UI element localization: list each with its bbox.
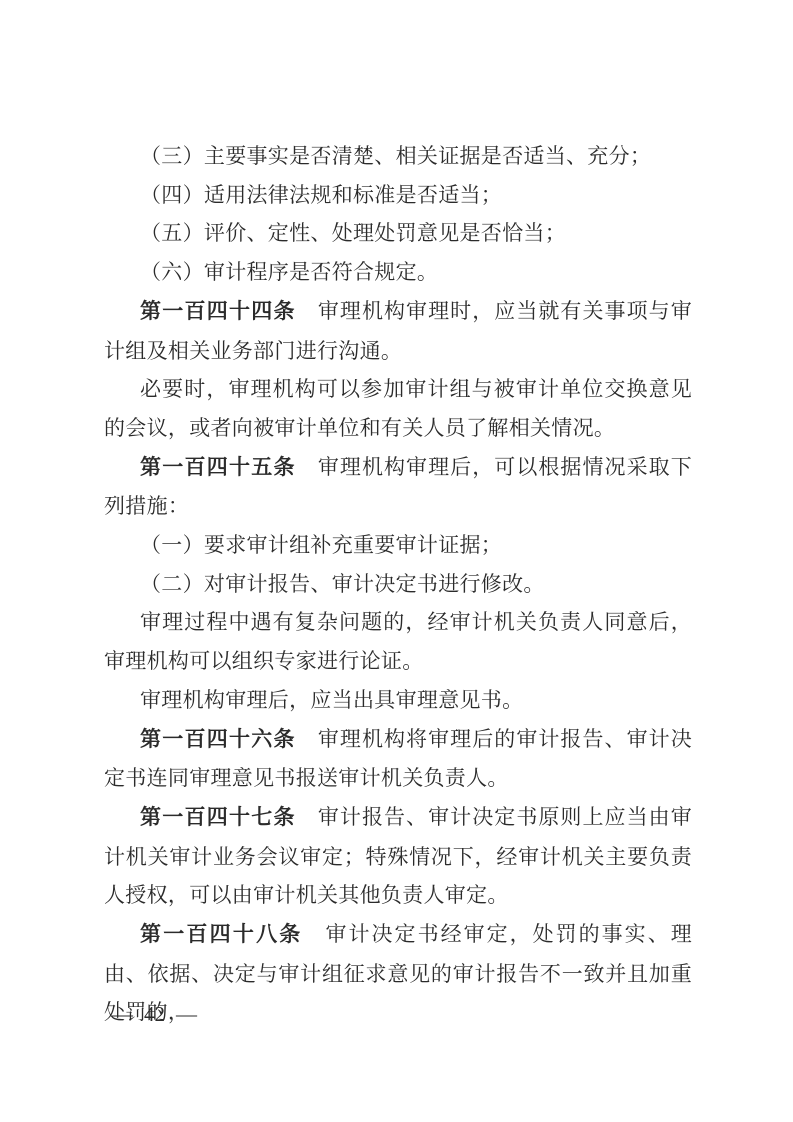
paragraph: 第一百四十六条 审理机构将审理后的审计报告、审计决定书连同审理意见书报送审计机关… (104, 720, 692, 798)
paragraph-text: （五）评价、定性、处理处罚意见是否恰当； (140, 221, 566, 245)
paragraph: 第一百四十七条 审计报告、审计决定书原则上应当由审计机关审计业务会议审定；特殊情… (104, 798, 692, 915)
page-footer: —42— (112, 1000, 197, 1028)
paragraph-text: （三）主要事实是否清楚、相关证据是否适当、充分； (140, 144, 651, 168)
paragraph-text: 审理过程中遇有复杂问题的，经审计机关负责人同意后，审理机构可以组织专家进行论证。 (104, 610, 692, 673)
article-number: 第一百四十七条 (140, 806, 296, 829)
paragraph: （一）要求审计组补充重要审计证据； (104, 526, 692, 565)
paragraph: 审理过程中遇有复杂问题的，经审计机关负责人同意后，审理机构可以组织专家进行论证。 (104, 603, 692, 680)
paragraph: （二）对审计报告、审计决定书进行修改。 (104, 565, 692, 604)
paragraph-text: （四）适用法律法规和标准是否适当； (140, 183, 502, 207)
paragraph-text: 必要时，审理机构可以参加审计组与被审计单位交换意见的会议，或者向被审计单位和有关… (104, 377, 692, 440)
paragraph: 第一百四十四条 审理机构审理时，应当就有关事项与审计组及相关业务部门进行沟通。 (104, 292, 692, 370)
paragraph: （五）评价、定性、处理处罚意见是否恰当； (104, 214, 692, 253)
page-number: 42 (144, 1000, 165, 1028)
document-page: （三）主要事实是否清楚、相关证据是否适当、充分； （四）适用法律法规和标准是否适… (0, 0, 793, 1122)
paragraph-text: （一）要求审计组补充重要审计证据； (140, 533, 502, 557)
document-body: （三）主要事实是否清楚、相关证据是否适当、充分； （四）适用法律法规和标准是否适… (104, 137, 692, 1032)
paragraph-text: 审理机构审理后，应当出具审理意见书。 (140, 688, 523, 712)
paragraph: 必要时，审理机构可以参加审计组与被审计单位交换意见的会议，或者向被审计单位和有关… (104, 370, 692, 447)
paragraph: （三）主要事实是否清楚、相关证据是否适当、充分； (104, 137, 692, 176)
footer-right-dash: — (176, 1002, 197, 1026)
paragraph: 第一百四十五条 审理机构审理后，可以根据情况采取下列措施： (104, 448, 692, 526)
article-number: 第一百四十八条 (140, 923, 303, 946)
article-number: 第一百四十六条 (140, 728, 296, 751)
footer-left-dash: — (112, 1002, 133, 1026)
article-number: 第一百四十五条 (140, 456, 296, 479)
paragraph: （六）审计程序是否符合规定。 (104, 253, 692, 292)
article-number: 第一百四十四条 (140, 300, 296, 323)
paragraph: 审理机构审理后，应当出具审理意见书。 (104, 681, 692, 720)
paragraph: （四）适用法律法规和标准是否适当； (104, 176, 692, 215)
paragraph-text: （二）对审计报告、审计决定书进行修改。 (140, 572, 545, 596)
paragraph-text: （六）审计程序是否符合规定。 (140, 260, 438, 284)
